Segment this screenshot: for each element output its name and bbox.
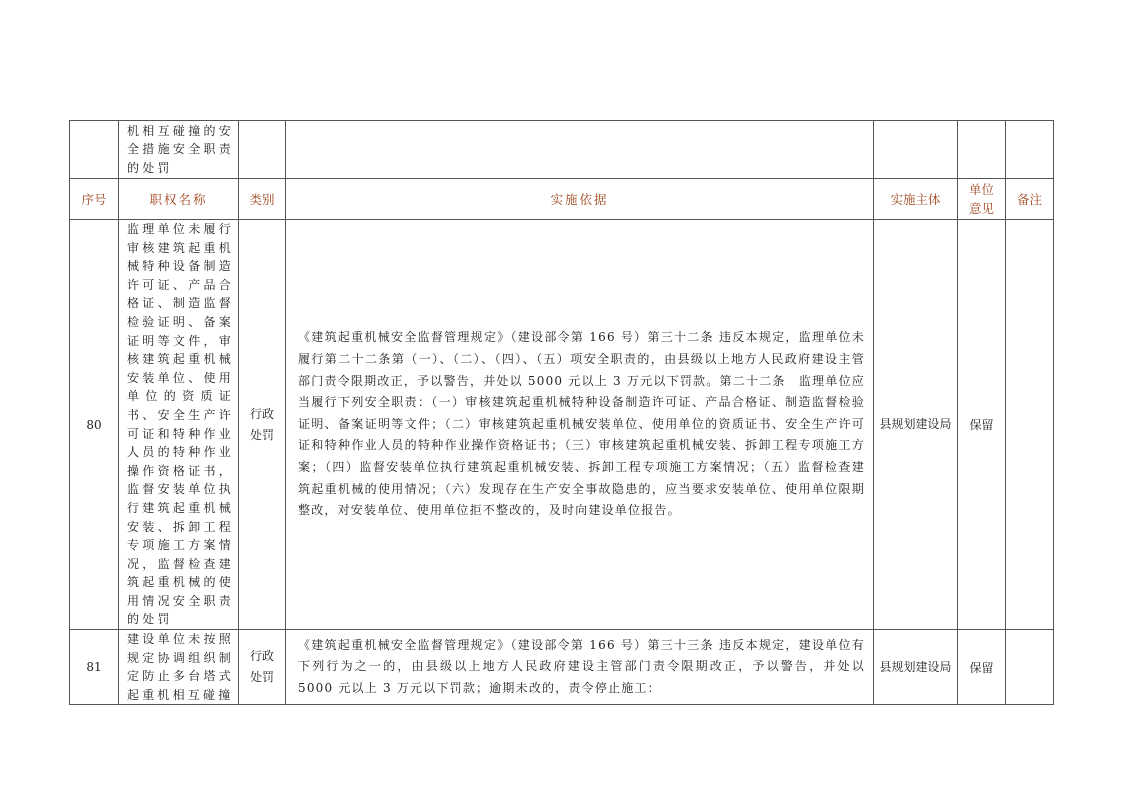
table-row: 81 建设单位未按照规定协调组织制定防止多台塔式起重机相互碰撞 行政 处罚 《建… [70, 630, 1054, 705]
cell-name: 机相互碰撞的安全措施安全职责的处罚 [119, 121, 239, 179]
header-opinion-line2: 意见 [958, 199, 1005, 218]
header-name: 职权名称 [119, 179, 239, 220]
cell-subject: 县规划建设局 [874, 630, 958, 705]
authority-name: 建设单位未按照规定协调组织制定防止多台塔式起重机相互碰撞 [119, 630, 238, 704]
subject-text: 县规划建设局 [874, 414, 957, 435]
cell-no [70, 121, 119, 179]
cell-type: 行政 处罚 [239, 630, 286, 705]
cell-opinion: 保留 [958, 220, 1006, 630]
cell-subject: 县规划建设局 [874, 220, 958, 630]
cell-type [239, 121, 286, 179]
authority-name: 机相互碰撞的安全措施安全职责的处罚 [119, 122, 238, 178]
subject-text: 县规划建设局 [874, 657, 957, 678]
cell-name: 监理单位未履行审核建筑起重机械特种设备制造许可证、产品合格证、制造监督检验证明、… [119, 220, 239, 630]
cell-no: 80 [70, 220, 119, 630]
type-line1: 行政 [239, 404, 285, 425]
basis-text: 《建筑起重机械安全监督管理规定》（建设部令第 166 号）第三十二条 违反本规定… [286, 327, 873, 521]
cell-type: 行政 处罚 [239, 220, 286, 630]
cell-name: 建设单位未按照规定协调组织制定防止多台塔式起重机相互碰撞 [119, 630, 239, 705]
table-row-continuation: 机相互碰撞的安全措施安全职责的处罚 [70, 121, 1054, 179]
document-page: 机相互碰撞的安全措施安全职责的处罚 序号 职权名称 类别 实施依据 实施主体 单… [69, 120, 1054, 705]
table-row: 80 监理单位未履行审核建筑起重机械特种设备制造许可证、产品合格证、制造监督检验… [70, 220, 1054, 630]
cell-basis [286, 121, 874, 179]
authority-table: 机相互碰撞的安全措施安全职责的处罚 序号 职权名称 类别 实施依据 实施主体 单… [69, 120, 1054, 705]
cell-opinion [958, 121, 1006, 179]
type-line1: 行政 [239, 646, 285, 667]
cell-basis: 《建筑起重机械安全监督管理规定》（建设部令第 166 号）第三十二条 违反本规定… [286, 220, 874, 630]
header-type: 类别 [239, 179, 286, 220]
cell-note [1006, 121, 1054, 179]
header-opinion-line1: 单位 [958, 180, 1005, 199]
header-no: 序号 [70, 179, 119, 220]
basis-text: 《建筑起重机械安全监督管理规定》（建设部令第 166 号）第三十三条 违反本规定… [286, 635, 873, 700]
cell-subject [874, 121, 958, 179]
header-opinion: 单位 意见 [958, 179, 1006, 220]
type-line2: 处罚 [239, 425, 285, 446]
table-header-row: 序号 职权名称 类别 实施依据 实施主体 单位 意见 备注 [70, 179, 1054, 220]
cell-opinion: 保留 [958, 630, 1006, 705]
header-basis: 实施依据 [286, 179, 874, 220]
cell-note [1006, 220, 1054, 630]
header-subject: 实施主体 [874, 179, 958, 220]
cell-no: 81 [70, 630, 119, 705]
type-line2: 处罚 [239, 667, 285, 688]
cell-note [1006, 630, 1054, 705]
authority-name: 监理单位未履行审核建筑起重机械特种设备制造许可证、产品合格证、制造监督检验证明、… [119, 220, 238, 629]
cell-basis: 《建筑起重机械安全监督管理规定》（建设部令第 166 号）第三十三条 违反本规定… [286, 630, 874, 705]
header-note: 备注 [1006, 179, 1054, 220]
